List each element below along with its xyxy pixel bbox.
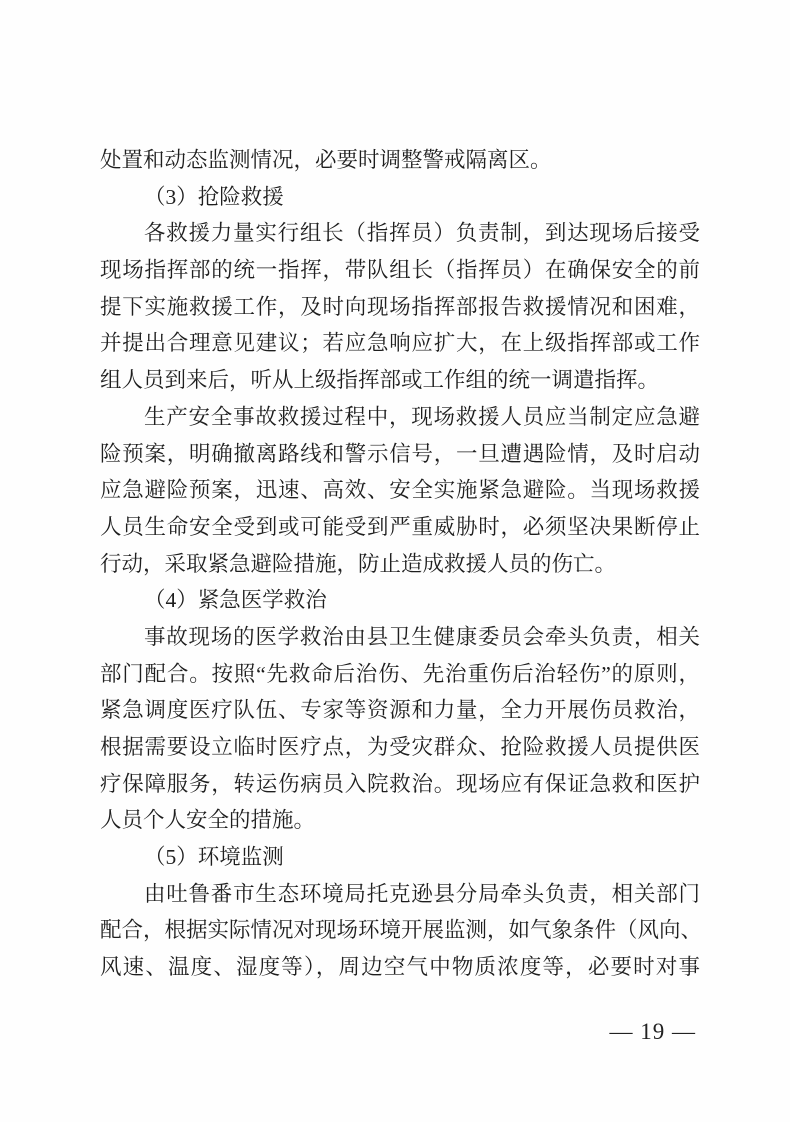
text-line: 各救援力量实行组长（指挥员）负责制，到达现场后接受 xyxy=(100,215,700,252)
text-line: 紧急调度医疗队伍、专家等资源和力量，全力开展伤员救治， xyxy=(100,692,700,729)
text-line: （4）紧急医学救治 xyxy=(100,582,700,619)
page-number: — 19 — xyxy=(610,1018,697,1046)
text-line: 疗保障服务，转运伤病员入院救治。现场应有保证急救和医护 xyxy=(100,766,700,803)
text-line: 根据需要设立临时医疗点，为受灾群众、抢险救援人员提供医 xyxy=(100,729,700,766)
text-line: 应急避险预案，迅速、高效、安全实施紧急避险。当现场救援 xyxy=(100,472,700,509)
text-line: 行动，采取紧急避险措施，防止造成救援人员的伤亡。 xyxy=(100,546,700,583)
text-line: 风速、温度、湿度等），周边空气中物质浓度等，必要时对事 xyxy=(100,949,700,986)
text-line: 并提出合理意见建议；若应急响应扩大，在上级指挥部或工作 xyxy=(100,325,700,362)
text-line: 生产安全事故救援过程中，现场救援人员应当制定应急避 xyxy=(100,399,700,436)
text-line: 事故现场的医学救治由县卫生健康委员会牵头负责，相关 xyxy=(100,619,700,656)
document-page: 处置和动态监测情况，必要时调整警戒隔离区。（3）抢险救援各救援力量实行组长（指挥… xyxy=(0,0,790,1122)
text-line: （5）环境监测 xyxy=(100,839,700,876)
text-line: （3）抢险救援 xyxy=(100,179,700,216)
text-line: 由吐鲁番市生态环境局托克逊县分局牵头负责，相关部门 xyxy=(100,876,700,913)
text-line: 人员生命安全受到或可能受到严重威胁时，必须坚决果断停止 xyxy=(100,509,700,546)
text-line: 提下实施救援工作，及时向现场指挥部报告救援情况和困难， xyxy=(100,289,700,326)
text-line: 配合，根据实际情况对现场环境开展监测，如气象条件（风向、 xyxy=(100,912,700,949)
text-line: 处置和动态监测情况，必要时调整警戒隔离区。 xyxy=(100,142,700,179)
text-line: 组人员到来后，听从上级指挥部或工作组的统一调遣指挥。 xyxy=(100,362,700,399)
text-line: 现场指挥部的统一指挥，带队组长（指挥员）在确保安全的前 xyxy=(100,252,700,289)
text-line: 人员个人安全的措施。 xyxy=(100,802,700,839)
text-line: 部门配合。按照“先救命后治伤、先治重伤后治轻伤”的原则， xyxy=(100,656,700,693)
text-line: 险预案，明确撤离路线和警示信号，一旦遭遇险情，及时启动 xyxy=(100,436,700,473)
document-body: 处置和动态监测情况，必要时调整警戒隔离区。（3）抢险救援各救援力量实行组长（指挥… xyxy=(100,142,700,986)
